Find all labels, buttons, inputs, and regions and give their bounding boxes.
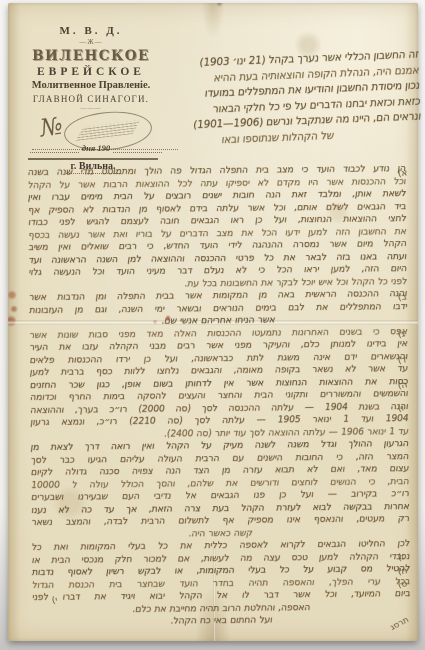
margin-mark: (ד <box>397 355 407 366</box>
manuscript-top-block: זה החשבון הכללי אשר נערך בקהל (21 ינו׳ 1… <box>130 48 421 152</box>
margin-mark: (ח <box>397 566 408 577</box>
margin-mark: (ב <box>397 292 407 303</box>
margin-mark: (ט <box>397 579 408 590</box>
manuscript-line: ועל החתום באי כח הקהל. <box>32 613 412 629</box>
ornament-divider-icon: —Ж— <box>22 38 160 46</box>
dotted-leader <box>30 144 79 153</box>
paper-sheet: М. В. Д. —Ж— ВИЛЕНСКОЕ ЕВРЕЙСКОЕ Молитве… <box>8 3 418 641</box>
hatched-blank-icon <box>76 120 140 141</box>
city-rule-line <box>28 158 158 160</box>
numero-sign: № <box>38 112 64 143</box>
manuscript-body: הן נודע לכבוד הועד כי מצב בית התפלה הגדו… <box>28 163 411 629</box>
date-blank-label: дня 190 <box>79 143 113 153</box>
ministry-abbreviation: М. В. Д. <box>22 25 160 37</box>
margin-mark: (ה <box>397 380 408 391</box>
margin-mark: (א <box>397 168 408 180</box>
margin-mark: (ג <box>397 329 406 340</box>
document-photo: М. В. Д. —Ж— ВИЛЕНСКОЕ ЕВРЕЙСКОЕ Молитве… <box>0 0 425 650</box>
top-edge-notch <box>216 3 223 7</box>
